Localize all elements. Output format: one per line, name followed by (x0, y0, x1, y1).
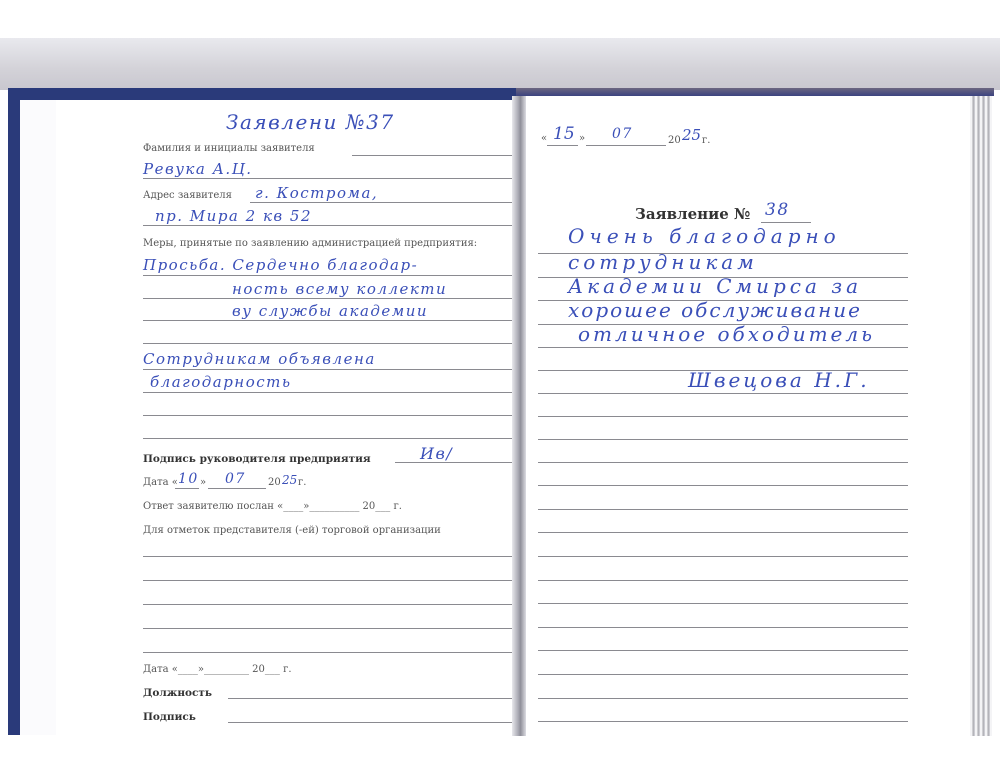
scanner-background (0, 38, 1000, 90)
right-title-number: 38 (765, 200, 790, 220)
right-line-12 (538, 509, 908, 510)
right-date-day-line (547, 145, 578, 146)
right-date-year: 25 (682, 126, 701, 144)
left-date-day-line (175, 488, 199, 489)
book-spine (512, 96, 526, 736)
notes-line-3 (143, 604, 512, 605)
left-date-month: 07 (225, 471, 246, 487)
right-line-7 (538, 393, 908, 394)
manager-signature: Ив/ (420, 444, 453, 463)
right-line-11 (538, 485, 908, 486)
label-date-blank: Дата «____»_________ 20___ г. (143, 664, 292, 675)
right-signature: Швецова Н.Г. (688, 368, 870, 392)
left-heading-handwritten: Заявлени №37 (226, 110, 395, 134)
right-line-16 (538, 603, 908, 604)
right-date-suffix: г. (702, 135, 710, 146)
label-reply-sent: Ответ заявителю послан «____»__________ … (143, 501, 402, 512)
right-line-20 (538, 698, 908, 699)
surname-value: Ревука А.Ц. (143, 160, 253, 178)
address-underline-1 (250, 202, 512, 203)
measures-line-5: Сотрудникам объявлена (143, 350, 376, 368)
right-title-label: Заявление № (635, 205, 750, 223)
right-line-8 (538, 416, 908, 417)
right-title-number-line (761, 222, 811, 223)
measures-underline-2 (143, 298, 512, 299)
right-date-year-prefix: 20 (668, 135, 681, 146)
address-line-2: пр. Мира 2 кв 52 (155, 207, 312, 225)
measures-underline-3 (143, 320, 512, 321)
notes-line-2 (143, 580, 512, 581)
label-rep-notes: Для отметок представителя (-ей) торговой… (143, 525, 441, 536)
left-date-year: 25 (282, 473, 297, 487)
right-date-mid: » (579, 133, 585, 144)
notes-line-4 (143, 628, 512, 629)
right-date-month: 07 (612, 126, 633, 142)
surname-line-2 (143, 178, 512, 179)
right-date-day: 15 (553, 124, 575, 144)
measures-underline-8 (143, 438, 512, 439)
label-measures: Меры, принятые по заявлению администраци… (143, 238, 477, 249)
notes-line-5 (143, 652, 512, 653)
right-text-line-2: сотрудникам (568, 250, 758, 274)
label-surname: Фамилия и инициалы заявителя (143, 143, 315, 154)
measures-underline-4 (143, 343, 512, 344)
left-date-mid: » (200, 477, 206, 488)
right-line-13 (538, 532, 908, 533)
measures-underline-1 (143, 275, 512, 276)
right-date-prefix: « (541, 133, 547, 144)
left-date-month-line (208, 488, 266, 489)
right-line-18 (538, 650, 908, 651)
right-line-5 (538, 347, 908, 348)
measures-underline-7 (143, 415, 512, 416)
label-signature: Подпись (143, 711, 196, 723)
measures-line-2: ность всему коллекти (232, 280, 447, 298)
measures-line-3: ву службы академии (232, 302, 428, 320)
left-date-day: 10 (178, 471, 199, 487)
label-address: Адрес заявителя (143, 190, 232, 201)
right-line-15 (538, 580, 908, 581)
book-cover-right-edge (516, 88, 994, 96)
right-date-month-line (586, 145, 666, 146)
right-line-10 (538, 462, 908, 463)
right-text-line-1: Очень благодарно (568, 224, 841, 248)
right-text-line-5: отличное обходитель (578, 322, 875, 346)
measures-underline-6 (143, 392, 512, 393)
notes-line-1 (143, 556, 512, 557)
right-line-9 (538, 439, 908, 440)
signature-line (228, 722, 512, 723)
measures-underline-5 (143, 369, 512, 370)
left-date-year-prefix: 20 (268, 477, 281, 488)
right-text-line-3: Академии Смирса за (568, 274, 862, 298)
right-text-line-4: хорошее обслуживание (568, 298, 862, 322)
measures-line-6: благодарность (150, 373, 292, 391)
left-date-prefix: Дата « (143, 477, 178, 488)
left-date-suffix: г. (298, 477, 306, 488)
measures-line-1: Просьба. Сердечно благодар- (143, 256, 418, 274)
label-position: Должность (143, 687, 212, 699)
right-line-19 (538, 674, 908, 675)
label-manager-signature: Подпись руководителя предприятия (143, 453, 371, 465)
right-line-14 (538, 556, 908, 557)
surname-line-1 (352, 155, 512, 156)
right-line-17 (538, 627, 908, 628)
address-underline-2 (143, 225, 512, 226)
address-line-1: г. Кострома, (255, 184, 378, 202)
position-line (228, 698, 512, 699)
right-line-21 (538, 721, 908, 722)
page-edges (970, 96, 992, 736)
manager-signature-line (395, 462, 512, 463)
